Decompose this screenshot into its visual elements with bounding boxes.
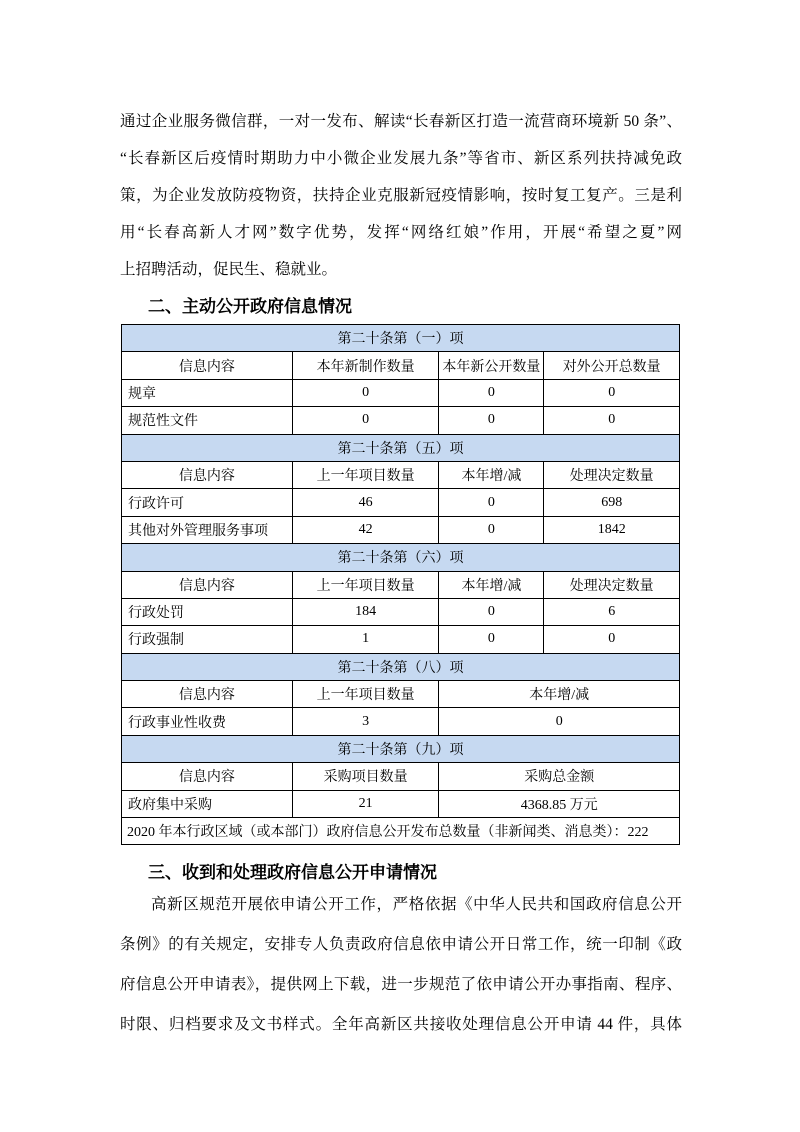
paragraph-bottom: 高新区规范开展依申请公开工作，严格依据《中华人民共和国政府信息公开条例》的有关规… bbox=[120, 885, 682, 1045]
table-cell: 698 bbox=[544, 489, 680, 516]
paragraph-line: 条例》的有关规定，安排专人负责政府信息依申请公开日常工作，统一印制《政 bbox=[120, 925, 682, 965]
table-cell: 0 bbox=[439, 407, 544, 434]
table-cell: 1842 bbox=[544, 516, 680, 543]
paragraph-line: 上招聘活动，促民生、稳就业。 bbox=[120, 251, 682, 288]
table-column-header: 信息内容 bbox=[122, 681, 293, 708]
paragraph-line: 通过企业服务微信群，一对一发布、解读“长春新区打造一流营商环境新 50 条”、 bbox=[120, 103, 682, 140]
table-cell: 21 bbox=[292, 790, 439, 817]
table-column-header: 上一年项目数量 bbox=[292, 461, 439, 488]
table-column-header: 信息内容 bbox=[122, 571, 293, 598]
table-column-header: 上一年项目数量 bbox=[292, 681, 439, 708]
table-column-header: 本年新制作数量 bbox=[292, 352, 439, 379]
table-section-row: 第二十条第（六）项 bbox=[122, 544, 680, 571]
table-row: 行政事业性收费30 bbox=[122, 708, 680, 735]
table-section-title: 第二十条第（五）项 bbox=[122, 434, 680, 461]
table-column-header: 采购总金额 bbox=[439, 763, 680, 790]
paragraph-line: 府信息公开申请表》，提供网上下载，进一步规范了依申请公开办事指南、程序、 bbox=[120, 965, 682, 1005]
table-header-row: 信息内容上一年项目数量本年增/减处理决定数量 bbox=[122, 461, 680, 488]
table-cell: 规章 bbox=[122, 379, 293, 406]
table-column-header: 处理决定数量 bbox=[544, 461, 680, 488]
table-cell: 0 bbox=[439, 489, 544, 516]
document-page: 通过企业服务微信群，一对一发布、解读“长春新区打造一流营商环境新 50 条”、“… bbox=[0, 0, 800, 1132]
table-column-header: 采购项目数量 bbox=[292, 763, 439, 790]
table-cell: 42 bbox=[292, 516, 439, 543]
table-column-header: 上一年项目数量 bbox=[292, 571, 439, 598]
table-cell: 0 bbox=[439, 708, 680, 735]
table-cell: 1 bbox=[292, 626, 439, 653]
table-cell: 0 bbox=[544, 626, 680, 653]
table-cell: 0 bbox=[439, 379, 544, 406]
table-column-header: 信息内容 bbox=[122, 763, 293, 790]
table-cell: 0 bbox=[439, 516, 544, 543]
table-cell: 6 bbox=[544, 598, 680, 625]
table-footer-row: 2020 年本行政区域（或本部门）政府信息公开发布总数量（非新闻类、消息类）：2… bbox=[122, 818, 680, 845]
table-cell: 行政强制 bbox=[122, 626, 293, 653]
table-cell: 行政事业性收费 bbox=[122, 708, 293, 735]
table-cell: 0 bbox=[544, 379, 680, 406]
table-section-title: 第二十条第（八）项 bbox=[122, 653, 680, 680]
table-section-row: 第二十条第（一）项 bbox=[122, 325, 680, 352]
paragraph-line: 用“长春高新人才网”数字优势，发挥“网络红娘”作用，开展“希望之夏”网 bbox=[120, 214, 682, 251]
table-cell: 规范性文件 bbox=[122, 407, 293, 434]
table-cell: 政府集中采购 bbox=[122, 790, 293, 817]
table-cell: 3 bbox=[292, 708, 439, 735]
table-header-row: 信息内容上一年项目数量本年增/减 bbox=[122, 681, 680, 708]
table-cell: 46 bbox=[292, 489, 439, 516]
table-row: 行政处罚18406 bbox=[122, 598, 680, 625]
table-cell: 0 bbox=[292, 379, 439, 406]
table-section-row: 第二十条第（五）项 bbox=[122, 434, 680, 461]
paragraph-line: 策，为企业发放防疫物资，扶持企业克服新冠疫情影响，按时复工复产。三是利 bbox=[120, 177, 682, 214]
paragraph-top: 通过企业服务微信群，一对一发布、解读“长春新区打造一流营商环境新 50 条”、“… bbox=[120, 103, 682, 288]
table-section-title: 第二十条第（九）项 bbox=[122, 735, 680, 762]
table-section-row: 第二十条第（八）项 bbox=[122, 653, 680, 680]
table-section-title: 第二十条第（一）项 bbox=[122, 325, 680, 352]
table-row: 行政强制100 bbox=[122, 626, 680, 653]
section3-heading: 三、收到和处理政府信息公开申请情况 bbox=[120, 862, 682, 884]
table-row: 规范性文件000 bbox=[122, 407, 680, 434]
paragraph-line: “长春新区后疫情时期助力中小微企业发展九条”等省市、新区系列扶持减免政 bbox=[120, 140, 682, 177]
table-column-header: 本年增/减 bbox=[439, 571, 544, 598]
table-column-header: 对外公开总数量 bbox=[544, 352, 680, 379]
table-footer-note: 2020 年本行政区域（或本部门）政府信息公开发布总数量（非新闻类、消息类）：2… bbox=[122, 818, 680, 845]
table-section-title: 第二十条第（六）项 bbox=[122, 544, 680, 571]
section2-heading: 二、主动公开政府信息情况 bbox=[120, 296, 682, 318]
table-cell: 0 bbox=[439, 626, 544, 653]
table-column-header: 本年增/减 bbox=[439, 681, 680, 708]
table-cell: 0 bbox=[292, 407, 439, 434]
table-row: 规章000 bbox=[122, 379, 680, 406]
table-header-row: 信息内容采购项目数量采购总金额 bbox=[122, 763, 680, 790]
table-row: 政府集中采购214368.85 万元 bbox=[122, 790, 680, 817]
table-column-header: 本年增/减 bbox=[439, 461, 544, 488]
table-header-row: 信息内容本年新制作数量本年新公开数量对外公开总数量 bbox=[122, 352, 680, 379]
table-cell: 0 bbox=[439, 598, 544, 625]
table-cell: 行政处罚 bbox=[122, 598, 293, 625]
table-header-row: 信息内容上一年项目数量本年增/减处理决定数量 bbox=[122, 571, 680, 598]
table-row: 其他对外管理服务事项4201842 bbox=[122, 516, 680, 543]
table-cell: 其他对外管理服务事项 bbox=[122, 516, 293, 543]
paragraph-line: 高新区规范开展依申请公开工作，严格依据《中华人民共和国政府信息公开 bbox=[120, 885, 682, 925]
table-column-header: 信息内容 bbox=[122, 352, 293, 379]
table-cell: 184 bbox=[292, 598, 439, 625]
public-info-table: 第二十条第（一）项信息内容本年新制作数量本年新公开数量对外公开总数量规章000规… bbox=[121, 324, 680, 845]
table-column-header: 本年新公开数量 bbox=[439, 352, 544, 379]
paragraph-line: 时限、归档要求及文书样式。全年高新区共接收处理信息公开申请 44 件，具体 bbox=[120, 1005, 682, 1045]
table-cell: 0 bbox=[544, 407, 680, 434]
table-cell: 行政许可 bbox=[122, 489, 293, 516]
table-column-header: 处理决定数量 bbox=[544, 571, 680, 598]
table-section-row: 第二十条第（九）项 bbox=[122, 735, 680, 762]
table-row: 行政许可460698 bbox=[122, 489, 680, 516]
table-cell: 4368.85 万元 bbox=[439, 790, 680, 817]
table-column-header: 信息内容 bbox=[122, 461, 293, 488]
